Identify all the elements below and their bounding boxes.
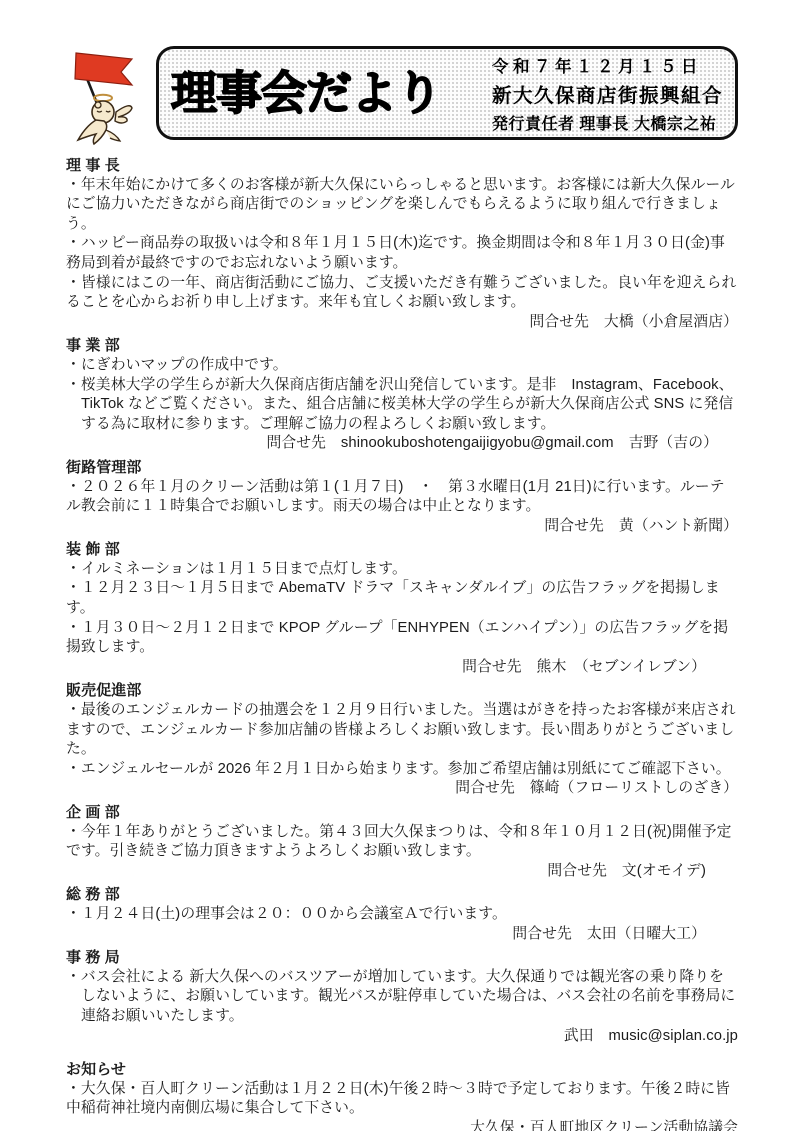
section-paragraph: ・桜美林大学の学生らが新大久保商店街店舗を沢山発信しています。是非 Instag… [66, 376, 738, 435]
contact-line: 問合せ先 黄（ハント新聞） [66, 517, 738, 537]
section-business: 事 業 部 ・にぎわいマップの作成中です。 ・桜美林大学の学生らが新大久保商店街… [66, 336, 738, 454]
section-heading: 販売促進部 [66, 681, 738, 701]
angel-flag-logo-icon [66, 46, 152, 148]
title-banner: 理事会だより 令和７年１２月１５日 新大久保商店街振興組合 発行責任者 理事長 … [156, 46, 738, 140]
section-paragraph: ・皆様にはこの一年、商店街活動にご協力、ご支援いただき有難うございました。良い年… [66, 274, 738, 313]
organization-name: 新大久保商店街振興組合 [492, 80, 723, 108]
section-paragraph: ・大久保・百人町クリーン活動は１月２２日(木)午後２時～３時で予定しております。… [66, 1080, 738, 1119]
newsletter-title: 理事会だより [171, 70, 441, 116]
section-heading: お知らせ [66, 1060, 738, 1080]
section-paragraph: ・２０２６年１月のクリーン活動は第１(１月７日) ・ 第３水曜日(1月 21日)… [66, 478, 738, 517]
contact-line: 武田 music@siplan.co.jp [66, 1027, 738, 1047]
contact-line: 問合せ先 大橋（小倉屋酒店） [66, 313, 738, 333]
section-paragraph: ・１月２４日(土)の理事会は２０：００から会議室Ａで行います。 [66, 905, 738, 925]
contact-line: 問合せ先 太田（日曜大工） [66, 925, 738, 945]
banner-meta: 令和７年１２月１５日 新大久保商店街振興組合 発行責任者 理事長 大橋宗之祐 [492, 53, 723, 134]
contact-line: 問合せ先 篠崎（フローリストしのざき） [66, 779, 738, 799]
section-heading: 装 飾 部 [66, 540, 738, 560]
section-chairman: 理 事 長 ・年末年始にかけて多くのお客様が新大久保にいらっしゃると思います。お… [66, 156, 738, 332]
section-paragraph: ・ハッピー商品券の取扱いは令和８年１月１５日(木)迄です。換金期間は令和８年１月… [66, 234, 738, 273]
contact-line: 問合せ先 文(オモイデ) [66, 862, 738, 882]
signoff-line: 大久保・百人町地区クリーン活動協議会 [66, 1119, 738, 1131]
section-paragraph: ・最後のエンジェルカードの抽選会を１２月９日行いました。当選はがきを持ったお客様… [66, 701, 738, 760]
section-heading: 事 務 局 [66, 948, 738, 968]
section-heading: 事 業 部 [66, 336, 738, 356]
contact-line: 問合せ先 shinookuboshotengaijigyobu@gmail.co… [66, 434, 738, 454]
section-paragraph: ・バス会社による 新大久保へのバスツアーが増加しています。大久保通りでは観光客の… [66, 968, 738, 1027]
section-planning: 企 画 部 ・今年１年ありがとうございました。第４３回大久保まつりは、令和８年１… [66, 803, 738, 881]
section-general-affairs: 総 務 部 ・１月２４日(土)の理事会は２０：００から会議室Ａで行います。 問合… [66, 885, 738, 944]
newsletter-header: 理事会だより 令和７年１２月１５日 新大久保商店街振興組合 発行責任者 理事長 … [66, 46, 738, 148]
section-paragraph: ・今年１年ありがとうございました。第４３回大久保まつりは、令和８年１０月１２日(… [66, 823, 738, 862]
section-paragraph: ・年末年始にかけて多くのお客様が新大久保にいらっしゃると思います。お客様には新大… [66, 176, 738, 235]
contact-line: 問合せ先 熊木 （セブンイレブン） [66, 658, 738, 678]
section-street-management: 街路管理部 ・２０２６年１月のクリーン活動は第１(１月７日) ・ 第３水曜日(1… [66, 458, 738, 536]
newsletter-body: 理 事 長 ・年末年始にかけて多くのお客様が新大久保にいらっしゃると思います。お… [66, 156, 738, 1131]
section-notice: お知らせ ・大久保・百人町クリーン活動は１月２２日(木)午後２時～３時で予定して… [66, 1060, 738, 1131]
section-heading: 理 事 長 [66, 156, 738, 176]
section-paragraph: ・にぎわいマップの作成中です。 [66, 356, 738, 376]
section-paragraph: ・エンジェルセールが 2026 年２月１日から始まります。参加ご希望店舗は別紙に… [66, 760, 738, 780]
issue-date: 令和７年１２月１５日 [492, 53, 723, 77]
section-heading: 街路管理部 [66, 458, 738, 478]
section-heading: 企 画 部 [66, 803, 738, 823]
section-decoration: 装 飾 部 ・イルミネーションは１月１５日まで点灯します。 ・１２月２３日～１月… [66, 540, 738, 677]
section-paragraph: ・イルミネーションは１月１５日まで点灯します。 [66, 560, 738, 580]
section-paragraph: ・１月３０日～２月１２日まで KPOP グループ「ENHYPEN（エンハイプン）… [66, 619, 738, 658]
newsletter-page: 理事会だより 令和７年１２月１５日 新大久保商店街振興組合 発行責任者 理事長 … [0, 0, 800, 1131]
publisher-line: 発行責任者 理事長 大橋宗之祐 [492, 111, 723, 134]
section-paragraph: ・１２月２３日～１月５日まで AbemaTV ドラマ「スキャンダルイブ」の広告フ… [66, 579, 738, 618]
section-heading: 総 務 部 [66, 885, 738, 905]
section-secretariat: 事 務 局 ・バス会社による 新大久保へのバスツアーが増加しています。大久保通り… [66, 948, 738, 1046]
section-sales-promotion: 販売促進部 ・最後のエンジェルカードの抽選会を１２月９日行いました。当選はがきを… [66, 681, 738, 799]
